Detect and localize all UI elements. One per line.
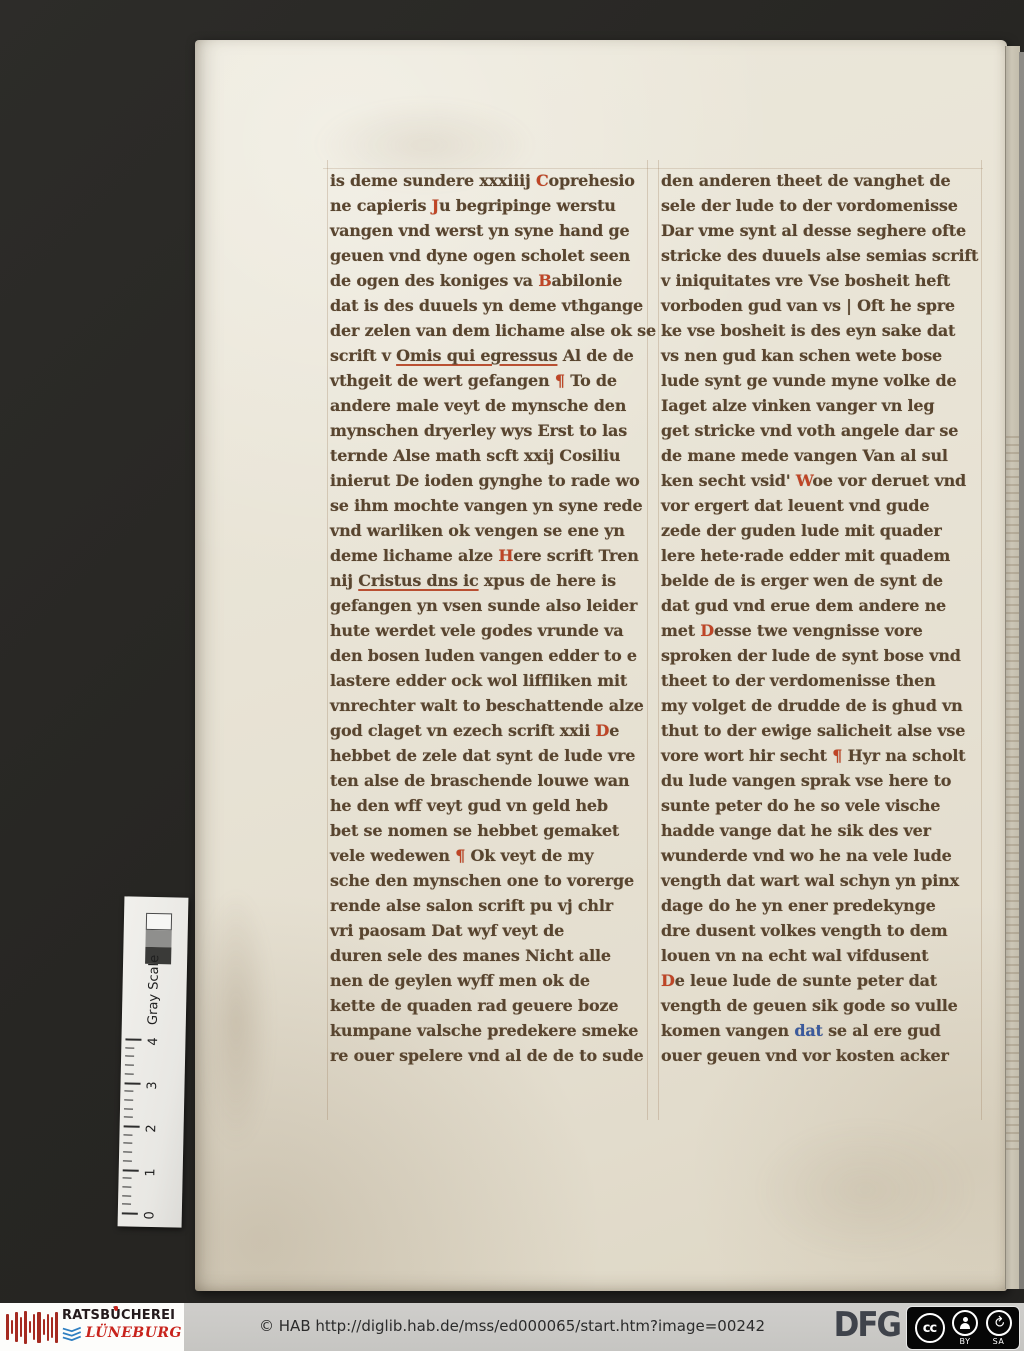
left-text-column: is deme sundere xxxiiij Coprehesione cap… — [330, 168, 652, 1068]
text-segment: zede der guden lude mit quader — [661, 521, 942, 540]
text-segment: dre dusent volkes vength to dem — [661, 921, 947, 940]
library-name-bottom: LÜNEBURG — [86, 1325, 182, 1341]
text-segment: vele wedewen — [330, 846, 455, 865]
manuscript-line: gefangen yn vsen sunde also leider — [330, 593, 652, 618]
text-segment: W — [796, 471, 812, 490]
ruler-tick — [124, 1091, 133, 1092]
manuscript-line: vele wedewen ¶ Ok veyt de my — [330, 843, 652, 868]
text-segment: komen vangen — [661, 1021, 794, 1040]
barcode-bar — [15, 1312, 19, 1342]
manuscript-line: is deme sundere xxxiiij Coprehesio — [330, 168, 652, 193]
barcode-bar — [11, 1320, 13, 1334]
gray-scale-ruler: Gray Scale 43210 — [118, 896, 189, 1227]
ruler-tick — [125, 1082, 141, 1084]
ruling-line — [327, 160, 328, 1120]
manuscript-line: duren sele des manes Nicht alle — [330, 943, 652, 968]
text-segment: duren sele des manes Nicht alle — [330, 946, 611, 965]
manuscript-line: zede der guden lude mit quader — [661, 518, 983, 543]
text-segment: ¶ — [455, 846, 465, 865]
text-segment: lastere edder ock wol liffliken mit — [330, 671, 627, 690]
text-segment: D — [661, 971, 675, 990]
manuscript-line: v iniquitates vre Vse bosheit heft — [661, 268, 983, 293]
showthrough-text — [1006, 436, 1020, 1156]
text-segment: my volget de drudde de is ghud vn — [661, 696, 963, 715]
ruler-tick — [123, 1178, 132, 1179]
manuscript-line: vore wort hir secht ¶ Hyr na scholt — [661, 743, 983, 768]
right-text-column: den anderen theet de vanghet desele der … — [661, 168, 983, 1068]
manuscript-line: hadde vange dat he sik des ver — [661, 818, 983, 843]
manuscript-page: is deme sundere xxxiiij Coprehesione cap… — [195, 40, 1007, 1291]
text-segment: belde de is erger wen de synt de — [661, 571, 943, 590]
manuscript-line: vorboden gud van vs | Oft he spre — [661, 293, 983, 318]
text-segment: CHEREI — [121, 1308, 175, 1323]
text-segment: xpus de here is — [479, 571, 616, 590]
text-segment: inierut De ioden gynghe to rade wo — [330, 471, 640, 490]
parchment-stain — [201, 890, 271, 1150]
text-segment: Hyr na scholt — [842, 746, 965, 765]
patch-gray — [145, 930, 171, 948]
text-segment: de ogen des koniges va — [330, 271, 538, 290]
ruler-number: 4 — [146, 1037, 161, 1046]
ruler-tick — [123, 1134, 132, 1135]
manuscript-line: wunderde vnd wo he na vele lude — [661, 843, 983, 868]
manuscript-line: nen de geylen wyff men ok de — [330, 968, 652, 993]
ruler-tick — [124, 1125, 140, 1127]
manuscript-line: vangen vnd werst yn syne hand ge — [330, 218, 652, 243]
ruler-tick — [124, 1117, 133, 1118]
manuscript-line: re ouer spelere vnd al de de to sude — [330, 1043, 652, 1068]
manuscript-line: ternde Alse math scft xxij Cosiliu — [330, 443, 652, 468]
library-logo-panel: RATSBÜCHEREI LÜNEBURG — [0, 1303, 184, 1351]
manuscript-line: der zelen van dem lichame alse ok se — [330, 318, 652, 343]
text-segment: B — [538, 271, 551, 290]
manuscript-line: dage do he yn ener predekynge — [661, 893, 983, 918]
text-segment: sele der lude to der vordomenisse — [661, 196, 958, 215]
sa-label: SA — [993, 1337, 1005, 1346]
text-segment: ne capieris — [330, 196, 432, 215]
cc-license-badge: cc BY ↻ SA — [906, 1306, 1020, 1350]
text-segment: dat is des duuels yn deme vthgange — [330, 296, 643, 315]
by-label: BY — [960, 1337, 971, 1346]
manuscript-line: vnrechter walt to beschattende alze — [330, 693, 652, 718]
text-segment: oprehesio — [548, 171, 634, 190]
manuscript-line: bet se nomen se hebbet gemaket — [330, 818, 652, 843]
text-segment: oe vor deruet vnd — [812, 471, 966, 490]
text-segment: Iaget alze vinken vanger vn leg — [661, 396, 934, 415]
ruler-tick — [124, 1099, 133, 1100]
text-segment: J — [432, 196, 439, 215]
manuscript-line: inierut De ioden gynghe to rade wo — [330, 468, 652, 493]
ruler-tick — [125, 1073, 134, 1074]
manuscript-line: stricke des duuels alse semias scrift — [661, 243, 983, 268]
ruler-tick — [125, 1056, 134, 1057]
text-segment: rende alse salon scrift pu vj chlr — [330, 896, 613, 915]
manuscript-line: mynschen dryerley wys Erst to las — [330, 418, 652, 443]
text-segment: kumpane valsche predekere smeke — [330, 1021, 638, 1040]
manuscript-line: sproken der lude de synt bose vnd — [661, 643, 983, 668]
manuscript-line: deme lichame alze Here scrift Tren — [330, 543, 652, 568]
text-segment: abilonie — [552, 271, 623, 290]
manuscript-line: sele der lude to der vordomenisse — [661, 193, 983, 218]
text-segment: is deme sundere xxxiiij — [330, 171, 536, 190]
manuscript-line: Iaget alze vinken vanger vn leg — [661, 393, 983, 418]
text-segment: esse twe vengnisse vore — [714, 621, 923, 640]
ruling-line — [658, 160, 659, 1120]
text-segment: D — [596, 721, 610, 740]
manuscript-line: andere male veyt de mynsche den — [330, 393, 652, 418]
manuscript-line: vri paosam Dat wyf veyt de — [330, 918, 652, 943]
text-segment: theet to der verdomenisse then — [661, 671, 936, 690]
barcode-bar — [33, 1314, 36, 1340]
manuscript-line: dat is des duuels yn deme vthgange — [330, 293, 652, 318]
barcode-icon — [6, 1307, 60, 1347]
manuscript-line: geuen vnd dyne ogen scholet seen — [330, 243, 652, 268]
barcode-bar — [55, 1312, 58, 1343]
manuscript-line: dre dusent volkes vength to dem — [661, 918, 983, 943]
ruler-tick — [123, 1169, 139, 1171]
manuscript-line: thut to der ewige salicheit alse vse — [661, 718, 983, 743]
person-icon — [959, 1317, 971, 1329]
text-segment: re ouer spelere vnd al de de to sude — [330, 1046, 644, 1065]
manuscript-line: ten alse de braschende louwe wan — [330, 768, 652, 793]
text-segment: nen de geylen wyff men ok de — [330, 971, 590, 990]
manuscript-line: vor ergert dat leuent vnd gude — [661, 493, 983, 518]
manuscript-line: he den wff veyt gud vn geld heb — [330, 793, 652, 818]
text-segment: vength de geuen sik gode so vulle — [661, 996, 958, 1015]
text-segment: dage do he yn ener predekynge — [661, 896, 936, 915]
manuscript-line: hute werdet vele godes vrunde va — [330, 618, 652, 643]
text-segment: vs nen gud kan schen wete bose — [661, 346, 942, 365]
text-segment: hute werdet vele godes vrunde va — [330, 621, 623, 640]
text-segment: vri paosam Dat wyf veyt de — [330, 921, 564, 940]
text-segment: se al ere gud — [823, 1021, 941, 1040]
ruler-number: 1 — [143, 1168, 158, 1177]
text-segment: lere hete·rade edder mit quadem — [661, 546, 950, 565]
barcode-bar — [47, 1314, 50, 1341]
text-segment: v iniquitates vre Vse bosheit heft — [661, 271, 950, 290]
manuscript-line: vnd warliken ok vengen se ene yn — [330, 518, 652, 543]
library-name-top: RATSBÜCHEREI — [62, 1308, 182, 1323]
text-segment: e — [609, 721, 619, 740]
text-segment: e leue lude de sunte peter dat — [675, 971, 937, 990]
manuscript-line: dat gud vnd erue dem andere ne — [661, 593, 983, 618]
waves-icon — [62, 1325, 82, 1341]
text-segment: ken secht vsid' — [661, 471, 796, 490]
manuscript-line: Dar vme synt al desse seghere ofte — [661, 218, 983, 243]
text-segment: hadde vange dat he sik des ver — [661, 821, 931, 840]
text-segment: vore wort hir secht — [661, 746, 832, 765]
text-segment: Dar vme synt al desse seghere ofte — [661, 221, 966, 240]
manuscript-line: sunte peter do he so vele vische — [661, 793, 983, 818]
manuscript-line: met Desse twe vengnisse vore — [661, 618, 983, 643]
barcode-bar — [24, 1311, 27, 1344]
text-segment: andere male veyt de mynsche den — [330, 396, 626, 415]
manuscript-line: nij Cristus dns ic xpus de here is — [330, 568, 652, 593]
text-segment: ten alse de braschende louwe wan — [330, 771, 629, 790]
screenshot-root: { "colors": { "background": "#2b2a26", "… — [0, 0, 1024, 1351]
manuscript-line: kumpane valsche predekere smeke — [330, 1018, 652, 1043]
text-segment: den anderen theet de vanghet de — [661, 171, 950, 190]
ruler-tick — [125, 1065, 134, 1066]
manuscript-line: De leue lude de sunte peter dat — [661, 968, 983, 993]
text-segment: u begripinge werstu — [439, 196, 616, 215]
text-segment: ternde Alse math scft xxij Cosiliu — [330, 446, 620, 465]
cc-icon: cc — [915, 1313, 945, 1343]
manuscript-line: se ihm mochte vangen yn syne rede — [330, 493, 652, 518]
manuscript-line: sche den mynschen one to vorerge — [330, 868, 652, 893]
ruler-tick — [123, 1160, 132, 1161]
manuscript-line: de ogen des koniges va Babilonie — [330, 268, 652, 293]
text-segment: sche den mynschen one to vorerge — [330, 871, 634, 890]
text-segment: Al de de — [557, 346, 633, 365]
text-segment: ¶ — [555, 371, 565, 390]
manuscript-line: louen vn na echt wal vifdusent — [661, 943, 983, 968]
text-segment: To de — [565, 371, 617, 390]
text-segment: geuen vnd dyne ogen scholet seen — [330, 246, 630, 265]
manuscript-line: du lude vangen sprak vse here to — [661, 768, 983, 793]
patch-white — [146, 913, 172, 931]
text-segment: he den wff veyt gud vn geld heb — [330, 796, 608, 815]
dfg-logo: DFG — [834, 1306, 900, 1345]
manuscript-line: den bosen luden vangen edder to e — [330, 643, 652, 668]
manuscript-line: de mane mede vangen Van al sul — [661, 443, 983, 468]
text-segment: gefangen yn vsen sunde also leider — [330, 596, 637, 615]
ruler-tick — [122, 1212, 138, 1214]
manuscript-line: vthgeit de wert gefangen ¶ To de — [330, 368, 652, 393]
text-segment: met — [661, 621, 700, 640]
text-segment: lude synt ge vunde myne volke de — [661, 371, 956, 390]
text-segment: hebbet de zele dat synt de lude vre — [330, 746, 635, 765]
manuscript-line: god claget vn ezech scrift xxii De — [330, 718, 652, 743]
manuscript-line: rende alse salon scrift pu vj chlr — [330, 893, 652, 918]
manuscript-line: vs nen gud kan schen wete bose — [661, 343, 983, 368]
text-segment: C — [536, 171, 549, 190]
text-segment: god claget vn ezech scrift xxii — [330, 721, 596, 740]
text-segment: vor ergert dat leuent vnd gude — [661, 496, 929, 515]
text-segment: RATSB — [62, 1308, 110, 1323]
text-segment: thut to der ewige salicheit alse vse — [661, 721, 965, 740]
manuscript-line: ke vse bosheit is des eyn sake dat — [661, 318, 983, 343]
manuscript-line: ne capieris Ju begripinge werstu — [330, 193, 652, 218]
text-segment: get stricke vnd voth angele dar se — [661, 421, 958, 440]
text-segment: bet se nomen se hebbet gemaket — [330, 821, 619, 840]
barcode-bar — [29, 1321, 31, 1333]
text-segment: louen vn na echt wal vifdusent — [661, 946, 928, 965]
text-segment: vength dat wart wal schyn yn pinx — [661, 871, 959, 890]
manuscript-line: hebbet de zele dat synt de lude vre — [330, 743, 652, 768]
manuscript-line: ouer geuen vnd vor kosten acker — [661, 1043, 983, 1068]
text-segment: vnd warliken ok vengen se ene yn — [330, 521, 625, 540]
ruler-tick — [124, 1108, 133, 1109]
footer-bar: RATSBÜCHEREI LÜNEBURG © HAB http://digli… — [0, 1303, 1024, 1351]
text-segment: ke vse bosheit is des eyn sake dat — [661, 321, 955, 340]
ruler-tick — [122, 1195, 131, 1196]
parchment-stain — [755, 1120, 975, 1260]
ruler-label: Gray Scale — [146, 955, 162, 1025]
text-segment: sproken der lude de synt bose vnd — [661, 646, 961, 665]
text-segment: den bosen luden vangen edder to e — [330, 646, 637, 665]
text-segment: de mane mede vangen Van al sul — [661, 446, 948, 465]
text-segment: sunte peter do he so vele vische — [661, 796, 940, 815]
manuscript-line: lastere edder ock wol liffliken mit — [330, 668, 652, 693]
manuscript-line: get stricke vnd voth angele dar se — [661, 418, 983, 443]
text-segment: stricke des duuels alse semias scrift — [661, 246, 978, 265]
manuscript-line: ken secht vsid' Woe vor deruet vnd — [661, 468, 983, 493]
by-icon — [952, 1310, 978, 1336]
text-segment: dat — [794, 1021, 822, 1040]
manuscript-line: vength dat wart wal schyn yn pinx — [661, 868, 983, 893]
manuscript-line: vength de geuen sik gode so vulle — [661, 993, 983, 1018]
ruler-number: 3 — [145, 1081, 160, 1090]
manuscript-line: theet to der verdomenisse then — [661, 668, 983, 693]
ruler-tick — [122, 1204, 131, 1205]
text-segment: Ü — [110, 1308, 121, 1323]
ruler-tick — [125, 1047, 134, 1048]
text-segment: Cristus dns ic — [358, 571, 478, 590]
text-segment: vnrechter walt to beschattende alze — [330, 696, 644, 715]
text-segment: wunderde vnd wo he na vele lude — [661, 846, 952, 865]
text-segment: vthgeit de wert gefangen — [330, 371, 555, 390]
manuscript-line: komen vangen dat se al ere gud — [661, 1018, 983, 1043]
barcode-bar — [51, 1317, 53, 1338]
text-segment: deme lichame alze — [330, 546, 498, 565]
manuscript-line: belde de is erger wen de synt de — [661, 568, 983, 593]
text-segment: Omis qui egressus — [396, 346, 557, 365]
ruler-number: 2 — [144, 1124, 159, 1133]
text-segment: scrift v — [330, 346, 396, 365]
text-segment: Ok veyt de my — [465, 846, 593, 865]
sa-arrow-icon: ↻ — [989, 1314, 1007, 1332]
manuscript-line: kette de quaden rad geuere boze — [330, 993, 652, 1018]
text-segment: se ihm mochte vangen yn syne rede — [330, 496, 643, 515]
text-segment: nij — [330, 571, 358, 590]
manuscript-line: scrift v Omis qui egressus Al de de — [330, 343, 652, 368]
manuscript-line: lere hete·rade edder mit quadem — [661, 543, 983, 568]
text-segment: kette de quaden rad geuere boze — [330, 996, 618, 1015]
ruler-ticks: 43210 — [122, 1038, 182, 1219]
ruler-tick — [123, 1151, 132, 1152]
copyright-url-text: © HAB http://diglib.hab.de/mss/ed000065/… — [259, 1317, 765, 1335]
text-segment: mynschen dryerley wys Erst to las — [330, 421, 627, 440]
text-segment: H — [498, 546, 513, 565]
text-segment: der zelen van dem lichame alse ok se — [330, 321, 656, 340]
manuscript-line: lude synt ge vunde myne volke de — [661, 368, 983, 393]
next-folio-sliver — [1019, 52, 1024, 1289]
text-segment: dat gud vnd erue dem andere ne — [661, 596, 946, 615]
ruler-tick — [125, 1038, 141, 1040]
text-segment: du lude vangen sprak vse here to — [661, 771, 951, 790]
text-segment: ouer geuen vnd vor kosten acker — [661, 1046, 949, 1065]
text-segment: ere scrift Tren — [513, 546, 638, 565]
text-segment: ¶ — [832, 746, 842, 765]
manuscript-line: den anderen theet de vanghet de — [661, 168, 983, 193]
library-name: RATSBÜCHEREI LÜNEBURG — [62, 1308, 182, 1341]
text-segment: D — [700, 621, 714, 640]
barcode-bar — [20, 1317, 22, 1337]
next-folio-edge — [1005, 46, 1020, 1289]
ruler-tick — [122, 1186, 131, 1187]
barcode-bar — [6, 1314, 9, 1340]
ruler-number: 0 — [142, 1211, 157, 1220]
manuscript-line: my volget de drudde de is ghud vn — [661, 693, 983, 718]
barcode-bar — [43, 1319, 45, 1335]
ruler-tick — [123, 1143, 132, 1144]
text-segment: vangen vnd werst yn syne hand ge — [330, 221, 629, 240]
text-segment: vorboden gud van vs | Oft he spre — [661, 296, 955, 315]
sa-icon: ↻ — [986, 1310, 1012, 1336]
barcode-bar — [37, 1312, 41, 1343]
